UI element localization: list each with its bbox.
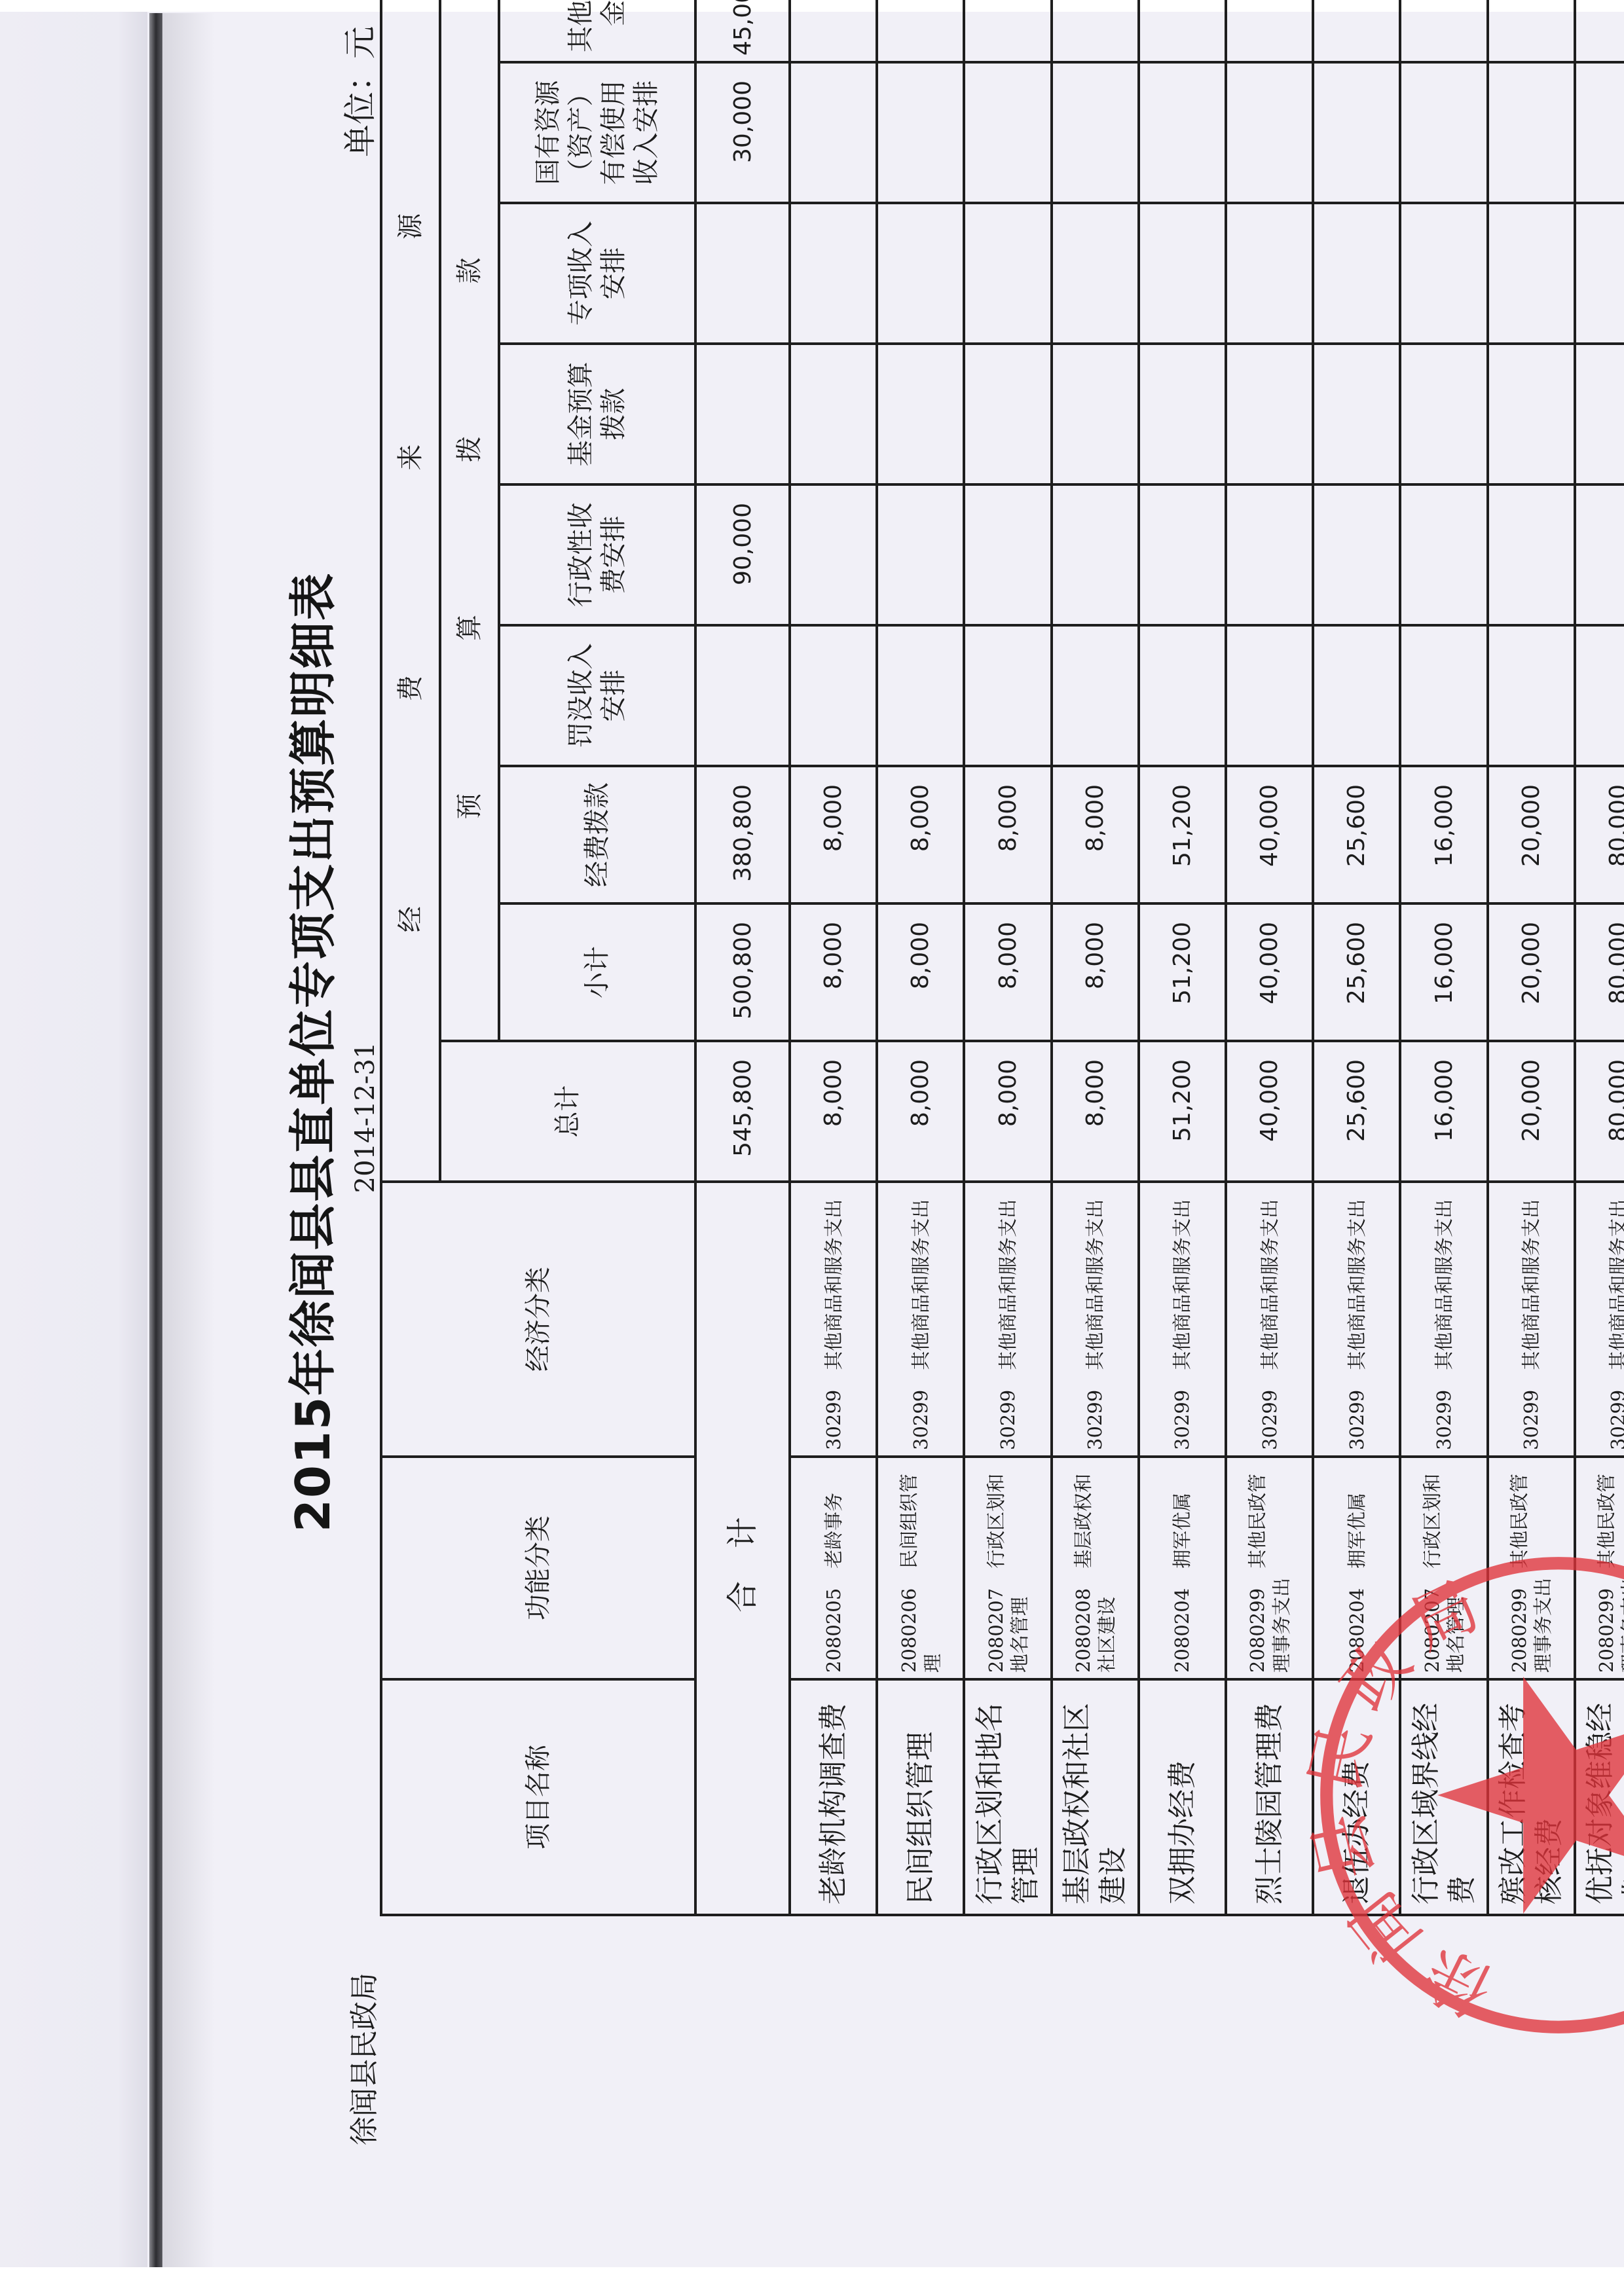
project-name: 行政区划和地名管理 — [964, 1679, 1051, 1915]
row-other-funds — [1400, 0, 1487, 62]
totals-other-funds: 45,000 — [695, 0, 790, 62]
totals-fund-budget — [695, 344, 790, 484]
row-subtotal: 40,000 — [1226, 903, 1313, 1041]
economic-name: 其他商品和服务支出 — [910, 1199, 932, 1370]
economic-code: 30299 — [1433, 1390, 1455, 1450]
row-special-income — [790, 203, 877, 344]
row-other-funds — [1488, 0, 1575, 62]
row-other-funds — [790, 0, 877, 62]
economic-code: 30299 — [822, 1390, 845, 1450]
row-admin-fees — [1226, 484, 1313, 625]
row-fund-budget — [1052, 344, 1139, 484]
row-appropriation: 8,000 — [1052, 766, 1139, 903]
document-date: 2014-12-31 — [350, 921, 380, 1314]
row-state-assets-income — [790, 62, 877, 203]
economic-class: 30299其他商品和服务支出 — [1226, 1182, 1313, 1457]
row-fund-budget — [964, 344, 1051, 484]
economic-name: 其他商品和服务支出 — [1259, 1199, 1281, 1370]
row-appropriation: 80,000 — [1575, 766, 1624, 903]
unit-label: 单位：元 — [334, 26, 381, 157]
row-state-assets-income — [1488, 62, 1575, 203]
row-special-income — [1400, 203, 1487, 344]
row-fund-budget — [1400, 344, 1487, 484]
function-code: 2080207 — [985, 1588, 1007, 1673]
row-fund-budget — [1313, 344, 1400, 484]
row-subtotal: 8,000 — [964, 903, 1051, 1041]
table-row: 基层政权和社区建设2080208基层政权和社区建设30299其他商品和服务支出8… — [1052, 0, 1139, 1915]
row-special-income — [1575, 203, 1624, 344]
row-other-funds — [1226, 0, 1313, 62]
row-admin-fees — [1488, 484, 1575, 625]
row-state-assets-income — [1052, 62, 1139, 203]
economic-name: 其他商品和服务支出 — [1433, 1199, 1455, 1370]
function-name: 拥军优属 — [1171, 1493, 1193, 1569]
row-fund-budget — [1488, 344, 1575, 484]
row-state-assets-income — [1575, 62, 1624, 203]
row-fines-income — [1488, 625, 1575, 766]
function-name: 老龄事务 — [822, 1493, 845, 1569]
row-subtotal: 8,000 — [877, 903, 964, 1041]
economic-code: 30299 — [1171, 1390, 1193, 1450]
row-total: 51,200 — [1139, 1041, 1226, 1182]
row-total: 16,000 — [1400, 1041, 1487, 1182]
function-class: 2080206民间组织管理 — [877, 1457, 964, 1679]
function-code: 2080299 — [1595, 1588, 1617, 1673]
economic-name: 其他商品和服务支出 — [997, 1199, 1019, 1370]
header-state-assets-income: 国有资源（资产）有偿使用收入安排 — [499, 62, 695, 203]
economic-code: 30299 — [1259, 1390, 1281, 1450]
totals-appropriation: 380,800 — [695, 766, 790, 903]
header-subtotal: 小计 — [499, 903, 695, 1041]
row-total: 8,000 — [964, 1041, 1051, 1182]
function-class: 2080205老龄事务 — [790, 1457, 877, 1679]
row-total: 40,000 — [1226, 1041, 1313, 1182]
document-title: 2015年徐闻县县直单位专项支出预算明细表 — [275, 496, 343, 1609]
table-row: 优抚对象维稳经费2080299其他民政管理事务支出30299其他商品和服务支出8… — [1575, 0, 1624, 1915]
project-name: 烈士陵园管理费 — [1226, 1679, 1313, 1915]
header-project-name: 项目名称 — [381, 1679, 695, 1915]
row-appropriation: 20,000 — [1488, 766, 1575, 903]
economic-class: 30299其他商品和服务支出 — [877, 1182, 964, 1457]
economic-class: 30299其他商品和服务支出 — [964, 1182, 1051, 1457]
row-special-income — [1226, 203, 1313, 344]
row-admin-fees — [1575, 484, 1624, 625]
totals-admin-fees: 90,000 — [695, 484, 790, 625]
totals-special-income — [695, 203, 790, 344]
row-special-income — [964, 203, 1051, 344]
table-row: 老龄机构调查费2080205老龄事务30299其他商品和服务支出8,0008,0… — [790, 0, 877, 1915]
row-appropriation: 51,200 — [1139, 766, 1226, 903]
table-row: 退伍办经费2080204拥军优属30299其他商品和服务支出25,60025,6… — [1313, 0, 1400, 1915]
project-name: 民间组织管理 — [877, 1679, 964, 1915]
header-budget-allocation: 预 算 拨 款 — [440, 0, 499, 1041]
economic-class: 30299其他商品和服务支出 — [1488, 1182, 1575, 1457]
table-row: 行政区域界线经费2080207行政区划和地名管理30299其他商品和服务支出16… — [1400, 0, 1487, 1915]
row-fines-income — [1226, 625, 1313, 766]
function-code: 2080299 — [1246, 1588, 1268, 1673]
economic-code: 30299 — [1607, 1390, 1624, 1450]
function-code: 2080204 — [1171, 1588, 1193, 1673]
economic-class: 30299其他商品和服务支出 — [1313, 1182, 1400, 1457]
row-special-income — [1139, 203, 1226, 344]
row-admin-fees — [1400, 484, 1487, 625]
economic-code: 30299 — [1346, 1390, 1368, 1450]
budget-sheet: 2015年徐闻县县直单位专项支出预算明细表 2014-12-31 徐闻县民政局 … — [0, 0, 1624, 2296]
function-class: 2080208基层政权和社区建设 — [1052, 1457, 1139, 1679]
table-row: 烈士陵园管理费2080299其他民政管理事务支出30299其他商品和服务支出40… — [1226, 0, 1313, 1915]
row-state-assets-income — [1139, 62, 1226, 203]
row-fines-income — [964, 625, 1051, 766]
economic-class: 30299其他商品和服务支出 — [1052, 1182, 1139, 1457]
table-row: 行政区划和地名管理2080207行政区划和地名管理30299其他商品和服务支出8… — [964, 0, 1051, 1915]
function-code: 2080205 — [822, 1588, 845, 1673]
header-admin-fees: 行政性收费安排 — [499, 484, 695, 625]
header-appropriation: 经费拨款 — [499, 766, 695, 903]
row-appropriation: 40,000 — [1226, 766, 1313, 903]
header-economic-class: 经济分类 — [381, 1182, 695, 1457]
economic-class: 30299其他商品和服务支出 — [1400, 1182, 1487, 1457]
header-fines-income: 罚没收入安排 — [499, 625, 695, 766]
row-fines-income — [790, 625, 877, 766]
row-appropriation: 8,000 — [790, 766, 877, 903]
project-name: 双拥办经费 — [1139, 1679, 1226, 1915]
project-name: 基层政权和社区建设 — [1052, 1679, 1139, 1915]
function-class: 2080299其他民政管理事务支出 — [1488, 1457, 1575, 1679]
economic-name: 其他商品和服务支出 — [822, 1199, 845, 1370]
row-admin-fees — [877, 484, 964, 625]
row-fund-budget — [1226, 344, 1313, 484]
row-admin-fees — [964, 484, 1051, 625]
row-total: 20,000 — [1488, 1041, 1575, 1182]
economic-name: 其他商品和服务支出 — [1607, 1199, 1624, 1370]
economic-code: 30299 — [997, 1390, 1019, 1450]
header-other-funds: 其他资金 — [499, 0, 695, 62]
economic-name: 其他商品和服务支出 — [1171, 1199, 1193, 1370]
row-special-income — [877, 203, 964, 344]
row-fines-income — [1052, 625, 1139, 766]
row-fund-budget — [1575, 344, 1624, 484]
totals-row: 合计 545,800 500,800 380,800 90,000 30,000… — [695, 0, 790, 1915]
function-code: 2080206 — [898, 1588, 920, 1673]
organization-name: 徐闻县民政局 — [341, 1973, 382, 2145]
row-total: 8,000 — [877, 1041, 964, 1182]
row-special-income — [1313, 203, 1400, 344]
table-row: 殡改工作检查考核经费2080299其他民政管理事务支出30299其他商品和服务支… — [1488, 0, 1575, 1915]
budget-table: 项目名称 功能分类 经济分类 经 费 来 源 总计 预 算 拨 款 小计 经费拨… — [380, 0, 1624, 1916]
row-total: 25,600 — [1313, 1041, 1400, 1182]
row-admin-fees — [790, 484, 877, 625]
row-special-income — [1052, 203, 1139, 344]
row-total: 8,000 — [790, 1041, 877, 1182]
economic-code: 30299 — [1084, 1390, 1106, 1450]
economic-code: 30299 — [1520, 1390, 1542, 1450]
function-code: 2080204 — [1346, 1588, 1368, 1673]
totals-total: 545,800 — [695, 1041, 790, 1182]
totals-state-assets-income: 30,000 — [695, 62, 790, 203]
economic-name: 其他商品和服务支出 — [1520, 1199, 1542, 1370]
row-subtotal: 8,000 — [790, 903, 877, 1041]
row-fines-income — [1575, 625, 1624, 766]
function-code: 2080299 — [1508, 1588, 1530, 1673]
totals-fines-income — [695, 625, 790, 766]
row-admin-fees — [1313, 484, 1400, 625]
row-state-assets-income — [877, 62, 964, 203]
table-row: 双拥办经费2080204拥军优属30299其他商品和服务支出51,20051,2… — [1139, 0, 1226, 1915]
row-total: 80,000 — [1575, 1041, 1624, 1182]
row-admin-fees — [1139, 484, 1226, 625]
table-row: 民间组织管理2080206民间组织管理30299其他商品和服务支出8,0008,… — [877, 0, 964, 1915]
economic-class: 30299其他商品和服务支出 — [1575, 1182, 1624, 1457]
row-subtotal: 20,000 — [1488, 903, 1575, 1041]
function-name: 拥军优属 — [1346, 1493, 1368, 1569]
header-fund-budget: 基金预算拨款 — [499, 344, 695, 484]
function-class: 2080299其他民政管理事务支出 — [1226, 1457, 1313, 1679]
row-fines-income — [1139, 625, 1226, 766]
economic-code: 30299 — [910, 1390, 932, 1450]
row-total: 8,000 — [1052, 1041, 1139, 1182]
economic-class: 30299其他商品和服务支出 — [790, 1182, 877, 1457]
function-class: 2080299其他民政管理事务支出 — [1575, 1457, 1624, 1679]
header-function-class: 功能分类 — [381, 1457, 695, 1679]
row-subtotal: 25,600 — [1313, 903, 1400, 1041]
row-appropriation: 8,000 — [964, 766, 1051, 903]
row-state-assets-income — [1313, 62, 1400, 203]
row-fund-budget — [790, 344, 877, 484]
economic-class: 30299其他商品和服务支出 — [1139, 1182, 1226, 1457]
row-other-funds — [964, 0, 1051, 62]
project-name: 行政区域界线经费 — [1400, 1679, 1487, 1915]
header-total: 总计 — [440, 1041, 695, 1182]
row-other-funds — [1575, 0, 1624, 62]
row-fund-budget — [1139, 344, 1226, 484]
row-subtotal: 16,000 — [1400, 903, 1487, 1041]
row-other-funds — [877, 0, 964, 62]
row-state-assets-income — [964, 62, 1051, 203]
row-fines-income — [877, 625, 964, 766]
row-fund-budget — [877, 344, 964, 484]
row-appropriation: 25,600 — [1313, 766, 1400, 903]
function-code: 2080207 — [1421, 1588, 1443, 1673]
row-special-income — [1488, 203, 1575, 344]
row-subtotal: 8,000 — [1052, 903, 1139, 1041]
row-subtotal: 51,200 — [1139, 903, 1226, 1041]
row-subtotal: 80,000 — [1575, 903, 1624, 1041]
row-fines-income — [1400, 625, 1487, 766]
project-name: 殡改工作检查考核经费 — [1488, 1679, 1575, 1915]
project-name: 优抚对象维稳经费 — [1575, 1679, 1624, 1915]
row-state-assets-income — [1226, 62, 1313, 203]
totals-label: 合计 — [695, 1182, 790, 1915]
header-special-income: 专项收入安排 — [499, 203, 695, 344]
row-appropriation: 16,000 — [1400, 766, 1487, 903]
project-name: 退伍办经费 — [1313, 1679, 1400, 1915]
economic-name: 其他商品和服务支出 — [1084, 1199, 1106, 1370]
row-other-funds — [1313, 0, 1400, 62]
row-state-assets-income — [1400, 62, 1487, 203]
totals-subtotal: 500,800 — [695, 903, 790, 1041]
function-code: 2080208 — [1072, 1588, 1094, 1673]
function-class: 2080207行政区划和地名管理 — [1400, 1457, 1487, 1679]
row-other-funds — [1139, 0, 1226, 62]
function-class: 2080204拥军优属 — [1139, 1457, 1226, 1679]
function-class: 2080207行政区划和地名管理 — [964, 1457, 1051, 1679]
economic-name: 其他商品和服务支出 — [1346, 1199, 1368, 1370]
row-fines-income — [1313, 625, 1400, 766]
row-other-funds — [1052, 0, 1139, 62]
row-appropriation: 8,000 — [877, 766, 964, 903]
function-class: 2080204拥军优属 — [1313, 1457, 1400, 1679]
row-admin-fees — [1052, 484, 1139, 625]
project-name: 老龄机构调查费 — [790, 1679, 877, 1915]
header-funding-source: 经 费 来 源 — [381, 0, 440, 1182]
